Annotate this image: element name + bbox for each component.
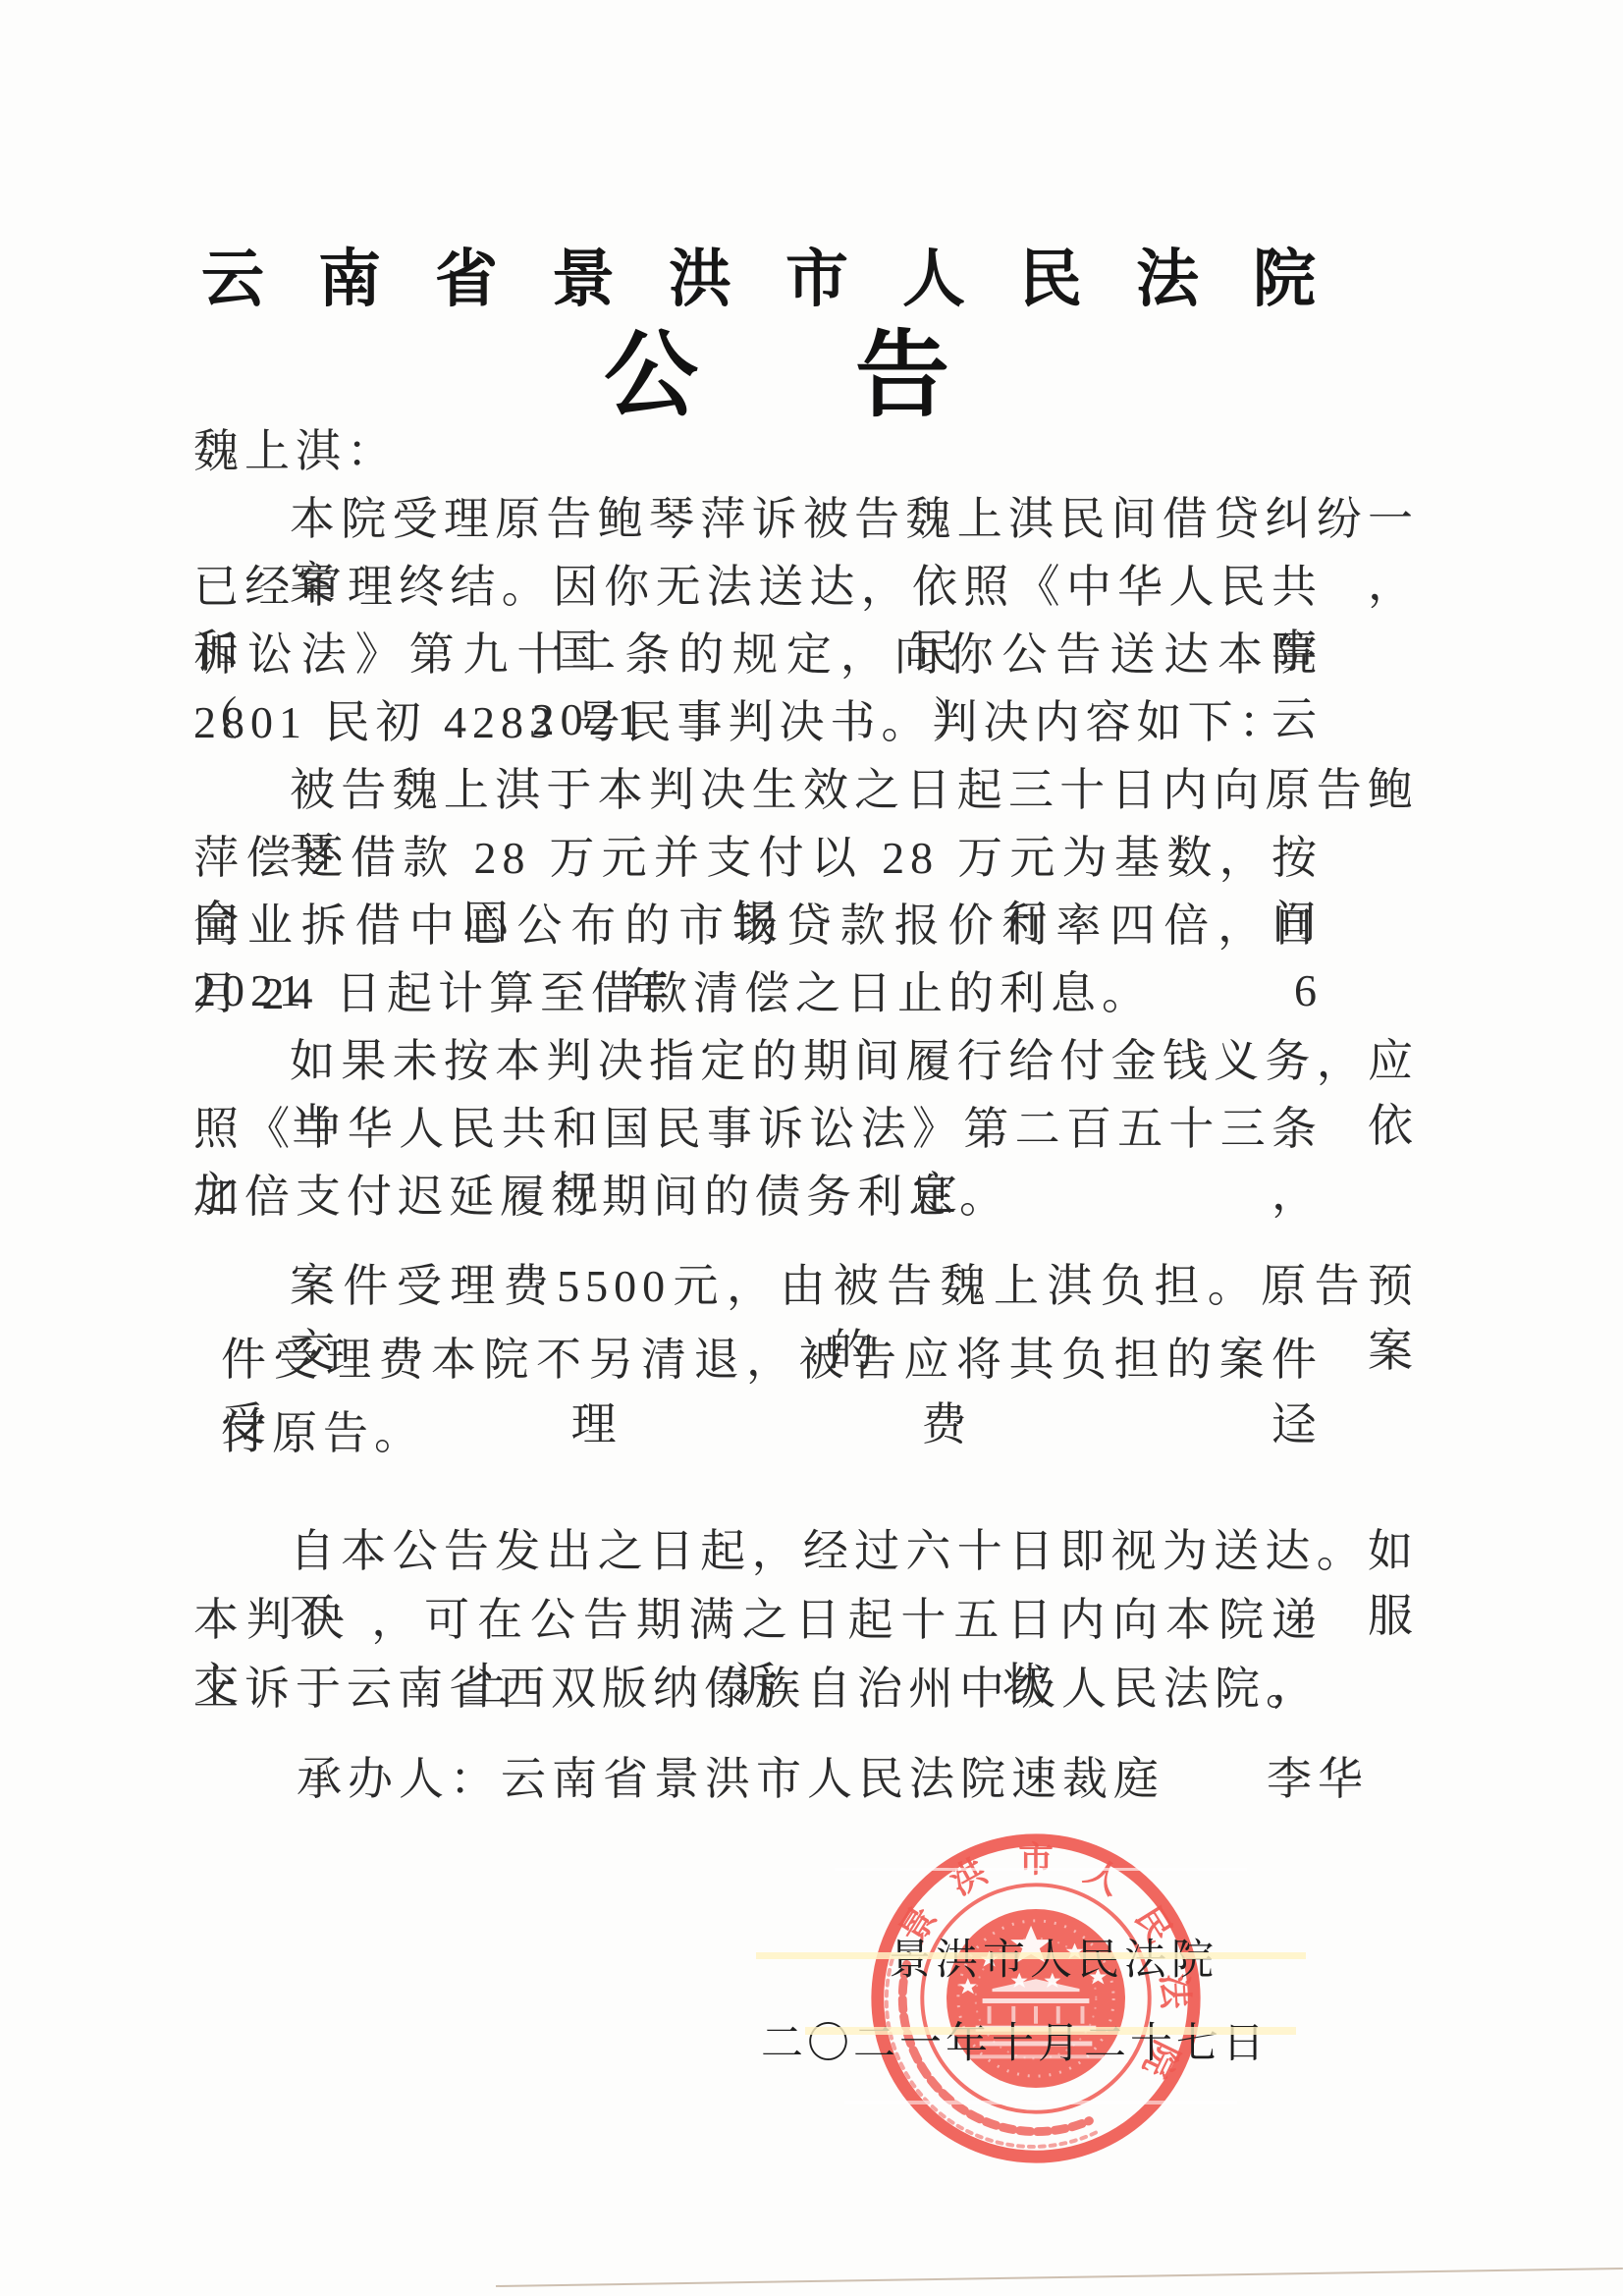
scan-edge-line bbox=[496, 2268, 1623, 2287]
salutation-line: 魏上淇： bbox=[193, 419, 1323, 484]
body-line: 上诉于云南省西双版纳傣族自治州中级人民法院。 bbox=[193, 1657, 1323, 1722]
seal-graphic: 景 洪 市 人 民 法 院 bbox=[861, 1824, 1211, 2173]
body-line: 2801 民初 4283 号民事判决书。判决内容如下： bbox=[193, 690, 1323, 755]
body-line: 付原告。 bbox=[221, 1401, 1323, 1466]
official-seal: 景 洪 市 人 民 法 院 bbox=[861, 1824, 1211, 2173]
seal-ring-char: 市 bbox=[1018, 1839, 1054, 1879]
body-line: 月 24 日起计算至借款清偿之日止的利息。 bbox=[193, 961, 1323, 1026]
scan-streak bbox=[756, 1952, 1306, 1959]
undertaker-line: 承办人：云南省景洪市人民法院速裁庭 李华 bbox=[297, 1747, 1377, 1812]
notice-title: 公告 bbox=[604, 301, 1107, 435]
scanned-court-announcement: 云南省景洪市人民法院 公告 魏上淇： 本院受理原告鲍琴萍诉被告魏上淇民间借贷纠纷… bbox=[0, 0, 1623, 2296]
scan-streak bbox=[835, 1868, 1247, 1871]
scan-streak bbox=[805, 2027, 1296, 2035]
scan-streak bbox=[844, 2101, 1237, 2105]
body-line: 加倍支付迟延履行期间的债务利息。 bbox=[193, 1165, 1323, 1230]
seal-date-line: 二〇二一年十月二十七日 bbox=[761, 2010, 1269, 2070]
